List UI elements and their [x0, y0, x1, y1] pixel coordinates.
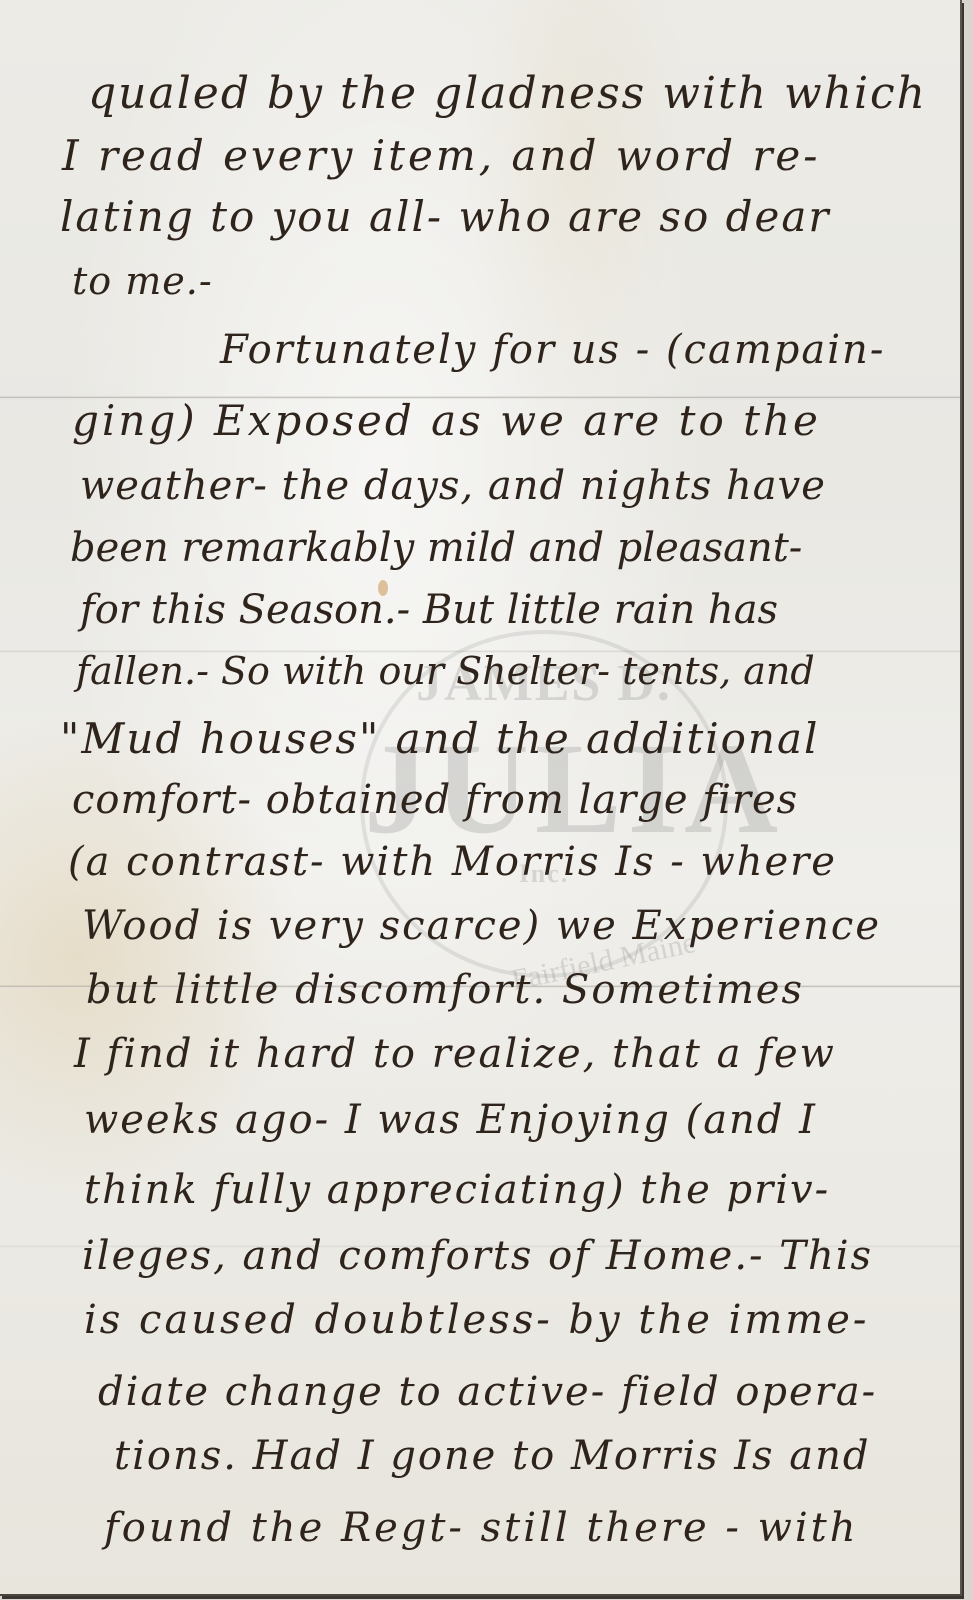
handwritten-line: qualed by the gladness with which — [88, 72, 927, 116]
handwritten-line: fallen.- So with our Shelter- tents, and — [76, 652, 815, 690]
letter-page: JAMES D. JULIA Inc. Fairfield Maine qual… — [0, 0, 962, 1596]
handwritten-line: tions. Had I gone to Morris Is and — [114, 1436, 871, 1476]
handwritten-line: I read every item, and word re- — [62, 135, 820, 177]
handwritten-line: weeks ago- I was Enjoying (and I — [84, 1100, 817, 1140]
handwritten-line: for this Season.- But little rain has — [80, 590, 778, 630]
handwritten-line: been remarkably mild and pleasant- — [70, 528, 802, 568]
handwritten-line: ging) Exposed as we are to the — [72, 400, 821, 442]
handwritten-line: (a contrast- with Morris Is - where — [68, 842, 837, 882]
handwritten-line: weather- the days, and nights have — [80, 466, 826, 506]
handwritten-line: comfort- obtained from large fires — [72, 780, 798, 820]
handwritten-line: is caused doubtless- by the imme- — [84, 1300, 869, 1340]
handwritten-line: ileges, and comforts of Home.- This — [82, 1236, 873, 1276]
handwritten-line: but little discomfort. Sometimes — [86, 970, 804, 1010]
handwritten-line: found the Regt- still there - with — [104, 1508, 858, 1548]
handwritten-line: lating to you all- who are so dear — [60, 196, 830, 238]
handwritten-line: Wood is very scarce) we Experience — [82, 906, 881, 946]
handwritten-line: to me.- — [72, 262, 213, 300]
handwritten-line: think fully appreciating) the priv- — [84, 1170, 830, 1210]
handwritten-line: diate change to active- field opera- — [98, 1372, 877, 1412]
handwritten-line: I find it hard to realize, that a few — [74, 1034, 836, 1074]
handwritten-line: Fortunately for us - (campain- — [220, 330, 885, 370]
handwritten-line: "Mud houses" and the additional — [60, 718, 819, 760]
